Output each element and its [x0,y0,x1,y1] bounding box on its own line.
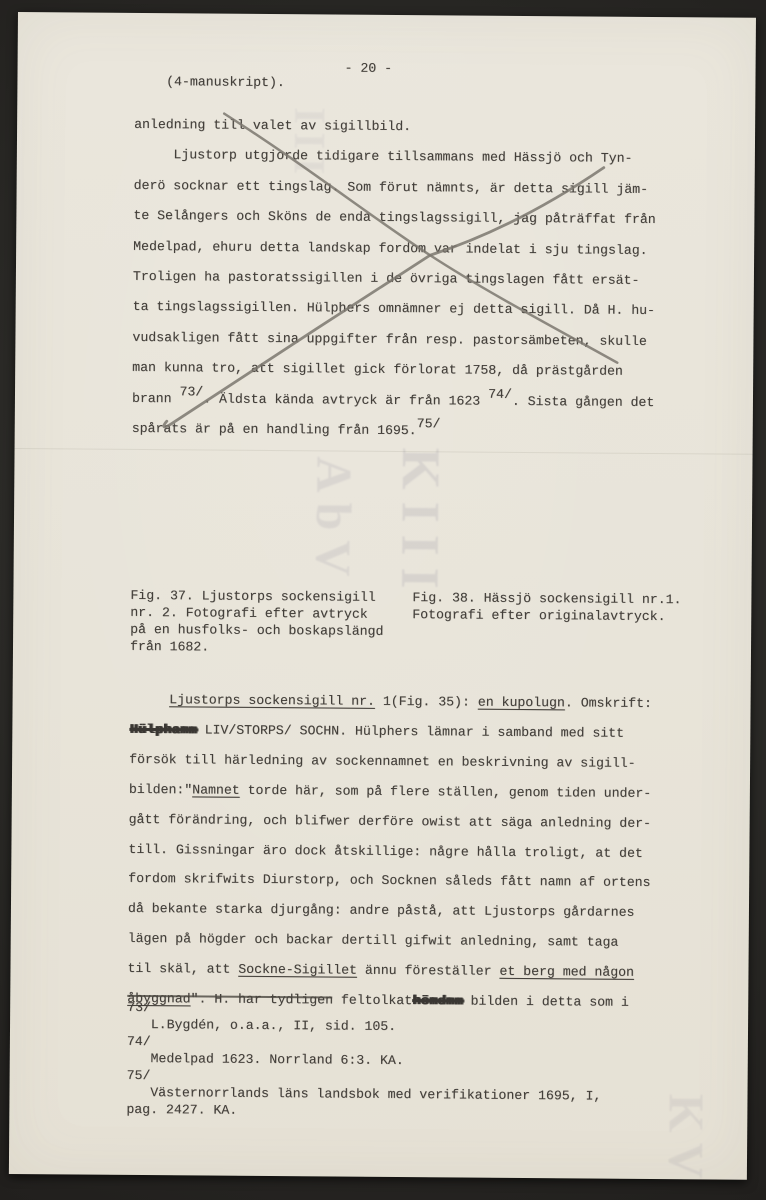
text-line: till. Gissningar äro dock åtskillige: nå… [128,834,651,868]
text-segment: 74/ [488,379,512,410]
text-segment: försök till härledning av sockennamnet e… [129,752,636,771]
text-segment: ännu föreställer [357,963,500,979]
text-segment: Fig. 38. Hässjö sockensigill nr.1. [412,590,681,607]
text-line: från 1682. [130,638,383,657]
text-segment: 74/ [127,1034,151,1049]
text-segment: brann [132,391,180,406]
manuscript-label: (4-manuskript). [166,74,285,90]
text-segment: fordom skrifwits Diurstorp, och Socknen … [128,871,650,890]
text-segment: . Äldsta kända avtryck är från 1623 [203,391,488,408]
text-line: försök till härledning av sockennamnet e… [129,745,652,779]
text-segment: från 1682. [130,639,209,655]
text-segment: LIV/STORPS/ SOCHN. Hülphers lämnar i sam… [197,722,624,740]
text-segment: vudsakligen fått sina uppgifter från res… [132,330,647,349]
text-line: Fig. 38. Hässjö sockensigill nr.1. [412,589,681,608]
text-segment: Namnet [192,782,240,797]
bleedthrough-ghost-mid-right: KIII [389,447,452,601]
text-line: brann 73/. Äldsta kända avtryck är från … [132,384,655,419]
text-line: ta tingslagssigillen. Hülphers omnämner … [133,292,656,327]
body-paragraph-2: Ljustorps sockensigill nr. 1(Fig. 35): e… [127,685,652,1018]
text-line: nr. 2. Fotografi efter avtryck [130,604,383,623]
text-segment: på en husfolks- och boskapslängd [130,622,383,639]
text-line: man kunna tro, att sigillet gick förlora… [132,353,655,388]
text-line: Fotografi efter originalavtryck. [412,606,681,625]
text-line: Hülphamm LIV/STORPS/ SOCHN. Hülphers läm… [129,715,652,749]
text-line: lägen på högder och backar dertill gifwi… [128,924,651,958]
text-segment: Troligen ha pastoratssigillen i de övrig… [133,269,640,288]
text-segment: Sockne-Sigillet [238,962,357,978]
text-segment: torde här, som på flere ställen, genom t… [240,782,652,800]
text-line: anledning till valet av sigillbild. [134,110,657,145]
text-line: på en husfolks- och boskapslängd [130,621,383,640]
bleedthrough-ghost-bottom-right: KV [657,1094,716,1189]
text-segment: då bekante starka djurgång: andre påstå,… [128,901,635,920]
text-segment: Ljustorps sockensigill nr. [169,692,375,709]
text-segment: anledning till valet av sigillbild. [134,117,411,134]
text-line: Medelpad, ehuru detta landskap fordom va… [133,232,656,267]
page-number: - 20 - [345,61,393,76]
text-line: Troligen ha pastoratssigillen i de övrig… [133,262,656,297]
text-segment: derö socknar ett tingslag. Som förut näm… [134,178,649,197]
text-segment: lägen på högder och backar dertill gifwi… [128,931,619,950]
figure-caption-38: Fig. 38. Hässjö sockensigill nr.1.Fotogr… [412,589,681,625]
text-segment: . Omskrift: [565,695,652,711]
scanned-manuscript-page: III AbV KIII KV (4-manuskript). - 20 - a… [9,12,756,1180]
page-header: (4-manuskript). - 20 - [134,59,654,81]
text-line: då bekante starka djurgång: andre påstå,… [128,894,651,928]
text-segment: Hülphamm [129,722,196,738]
paper-crease-line [15,448,753,455]
text-line: vudsakligen fått sina uppgifter från res… [132,323,655,358]
text-line: gått förändring, och blifwer derföre owi… [129,805,652,839]
text-segment: . Sista gången det [512,394,655,410]
text-segment: Medelpad 1623. Norrland 6:3. KA. [127,1051,404,1068]
text-segment: Medelpad, ehuru detta landskap fordom va… [133,239,648,258]
text-line: te Selångers och Sköns de enda tingslags… [133,201,656,236]
text-segment: en kupolugn [478,695,565,711]
text-line: Ljustorps sockensigill nr. 1(Fig. 35): e… [129,685,652,719]
text-segment: till. Gissningar äro dock åtskillige: nå… [128,841,643,860]
text-segment: Ljustorp utgjorde tidigare tillsammans m… [134,147,633,166]
text-segment: pag. 2427. KA. [126,1102,237,1118]
text-segment: nr. 2. Fotografi efter avtryck [130,605,368,622]
text-segment: ta tingslagssigillen. Hülphers omnämner … [133,299,655,318]
body-paragraph-1: anledning till valet av sigillbild. Ljus… [132,110,657,449]
text-line: bilden:"Namnet torde här, som på flere s… [129,775,652,809]
text-line: til skäl, att Sockne-Sigillet ännu föres… [127,954,650,988]
text-segment: L.Bygdén, o.a.a., II, sid. 105. [127,1017,396,1034]
text-segment [130,692,170,707]
text-line: spårats är på en handling från 1695.75/ [132,414,655,449]
text-segment: 75/ [127,1068,151,1083]
text-segment: spårats är på en handling från 1695. [132,421,417,438]
text-line: Ljustorp utgjorde tidigare tillsammans m… [134,140,657,175]
footnotes-block: 73/ L.Bygdén, o.a.a., II, sid. 105.74/ M… [126,999,602,1122]
text-segment: 1(Fig. 35): [375,694,478,710]
text-segment: Fig. 37. Ljustorps sockensigill [130,588,375,605]
text-line: Fig. 37. Ljustorps sockensigill [130,587,383,606]
text-line: fordom skrifwits Diurstorp, och Socknen … [128,864,651,898]
text-segment: Fotografi efter originalavtryck. [412,607,665,624]
bleedthrough-ghost-mid-left: AbV [305,456,364,586]
text-segment: et berg med någon [499,964,634,980]
text-segment: bilden:" [129,782,192,797]
text-segment: 73/ [127,1000,151,1015]
figure-caption-37: Fig. 37. Ljustorps sockensigillnr. 2. Fo… [130,587,384,657]
text-line: derö socknar ett tingslag. Som förut näm… [134,171,657,206]
text-segment: 73/ [179,377,203,408]
text-segment: 75/ [417,409,441,440]
text-segment: te Selångers och Sköns de enda tingslags… [133,208,655,227]
text-segment: man kunna tro, att sigillet gick förlora… [132,360,623,379]
text-segment: til skäl, att [127,961,238,977]
text-segment: gått förändring, och blifwer derföre owi… [129,812,651,831]
